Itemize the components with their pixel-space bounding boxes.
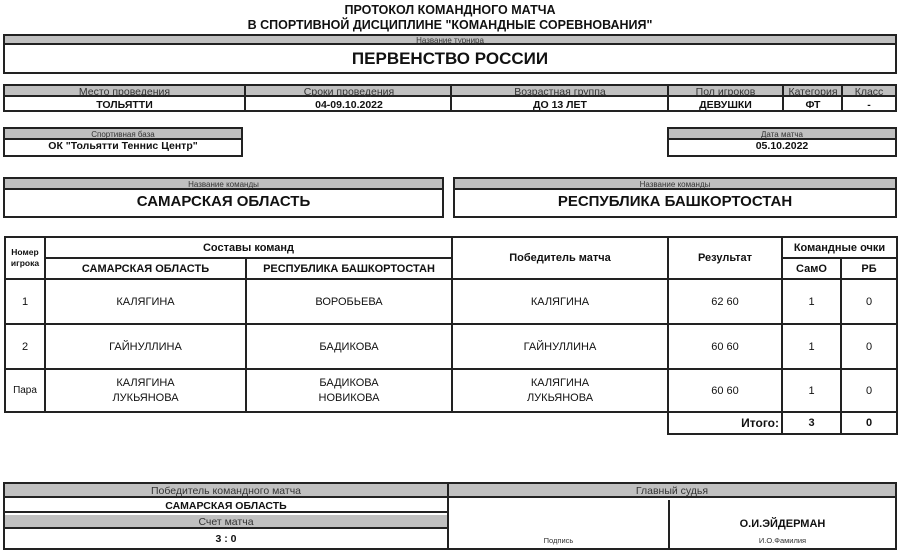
- chief-judge-label: Главный судья: [449, 484, 895, 498]
- tournament-name: ПЕРВЕНСТВО РОССИИ: [5, 45, 895, 72]
- row-player-no: 1: [5, 279, 45, 324]
- col-pts2-header: РБ: [841, 258, 897, 279]
- gender-label: Пол игроков: [669, 86, 782, 97]
- dates-value: 04-09.10.2022: [246, 99, 452, 110]
- match-date-box: Дата матча 05.10.2022: [667, 127, 897, 157]
- col-team1-header: САМАРСКАЯ ОБЛАСТЬ: [45, 258, 246, 279]
- table-row: 1 КАЛЯГИНА ВОРОБЬЕВА КАЛЯГИНА 62 60 1 0: [5, 279, 897, 324]
- signature-label: Подпись: [449, 536, 668, 545]
- venue-city-value: ТОЛЬЯТТИ: [5, 99, 244, 110]
- row-team2-player: БАДИКОВА: [246, 324, 452, 369]
- row-result: 60 60: [668, 324, 782, 369]
- row-pts2: 0: [841, 369, 897, 412]
- chief-judge-name: О.И.ЭЙДЕРМАН: [670, 518, 895, 530]
- table-row: 2 ГАЙНУЛЛИНА БАДИКОВА ГАЙНУЛЛИНА 60 60 1…: [5, 324, 897, 369]
- team-winner-label: Победитель командного матча: [5, 484, 447, 498]
- col-result-header: Результат: [668, 237, 782, 279]
- row-team1-player: КАЛЯГИНА: [45, 279, 246, 324]
- class-label: Класс: [843, 86, 895, 97]
- row-pts1: 1: [782, 324, 841, 369]
- sports-venue-box: Спортивная база ОК "Тольятти Теннис Цент…: [3, 127, 243, 157]
- total-pts2: 0: [841, 412, 897, 434]
- match-score-label: Счет матча: [5, 515, 447, 529]
- col-points-header: Командные очки: [782, 237, 897, 258]
- row-pts2: 0: [841, 324, 897, 369]
- protocol-title: ПРОТОКОЛ КОМАНДНОГО МАТЧА: [0, 3, 900, 17]
- row-team1-player: ГАЙНУЛЛИНА: [45, 324, 246, 369]
- col-winner-header: Победитель матча: [452, 237, 668, 279]
- team2-box: Название команды РЕСПУБЛИКА БАШКОРТОСТАН: [453, 177, 897, 218]
- table-row: Пара КАЛЯГИНА ЛУКЬЯНОВА БАДИКОВА НОВИКОВ…: [5, 369, 897, 412]
- total-pts1: 3: [782, 412, 841, 434]
- tournament-label: Название турнира: [5, 36, 895, 45]
- row-winner: КАЛЯГИНА ЛУКЬЯНОВА: [452, 369, 668, 412]
- col-player-no-header: Номер игрока: [5, 237, 45, 279]
- tournament-box: Название турнира ПЕРВЕНСТВО РОССИИ: [3, 34, 897, 74]
- chief-judge-name-label: И.О.Фамилия: [670, 536, 895, 545]
- category-value: ФТ: [784, 99, 842, 110]
- info-row: Место проведения ТОЛЬЯТТИ Сроки проведен…: [3, 84, 897, 112]
- footer-box: Победитель командного матча САМАРСКАЯ ОБ…: [3, 482, 897, 550]
- row-pts1: 1: [782, 279, 841, 324]
- team1-name: САМАРСКАЯ ОБЛАСТЬ: [5, 190, 442, 214]
- dates-label: Сроки проведения: [246, 86, 452, 97]
- protocol-subtitle: В СПОРТИВНОЙ ДИСЦИПЛИНЕ "КОМАНДНЫЕ СОРЕВ…: [0, 18, 900, 32]
- sports-venue-label: Спортивная база: [5, 129, 241, 140]
- row-result: 60 60: [668, 369, 782, 412]
- team2-label: Название команды: [455, 179, 895, 190]
- col-pts1-header: СамО: [782, 258, 841, 279]
- class-value: -: [843, 99, 895, 110]
- age-group-value: ДО 13 ЛЕТ: [452, 99, 668, 110]
- row-winner: КАЛЯГИНА: [452, 279, 668, 324]
- match-date-label: Дата матча: [669, 129, 895, 140]
- row-winner: ГАЙНУЛЛИНА: [452, 324, 668, 369]
- row-team2-player: ВОРОБЬЕВА: [246, 279, 452, 324]
- row-pts1: 1: [782, 369, 841, 412]
- col-team2-header: РЕСПУБЛИКА БАШКОРТОСТАН: [246, 258, 452, 279]
- category-label: Категория: [784, 86, 842, 97]
- age-group-label: Возрастная группа: [452, 86, 668, 97]
- match-score-value: 3 : 0: [5, 531, 447, 548]
- gender-value: ДЕВУШКИ: [669, 99, 782, 110]
- sports-venue-value: ОК "Тольятти Теннис Центр": [5, 140, 241, 153]
- results-table: Номер игрока Составы команд Победитель м…: [4, 236, 898, 435]
- total-label: Итого:: [668, 412, 782, 434]
- row-player-no: 2: [5, 324, 45, 369]
- team2-name: РЕСПУБЛИКА БАШКОРТОСТАН: [455, 190, 895, 214]
- team1-box: Название команды САМАРСКАЯ ОБЛАСТЬ: [3, 177, 444, 218]
- team-winner-value: САМАРСКАЯ ОБЛАСТЬ: [5, 500, 447, 513]
- row-player-no: Пара: [5, 369, 45, 412]
- col-rosters-header: Составы команд: [45, 237, 452, 258]
- row-team1-player: КАЛЯГИНА ЛУКЬЯНОВА: [45, 369, 246, 412]
- row-team2-player: БАДИКОВА НОВИКОВА: [246, 369, 452, 412]
- row-result: 62 60: [668, 279, 782, 324]
- team1-label: Название команды: [5, 179, 442, 190]
- venue-city-label: Место проведения: [5, 86, 244, 97]
- row-pts2: 0: [841, 279, 897, 324]
- match-date-value: 05.10.2022: [669, 140, 895, 153]
